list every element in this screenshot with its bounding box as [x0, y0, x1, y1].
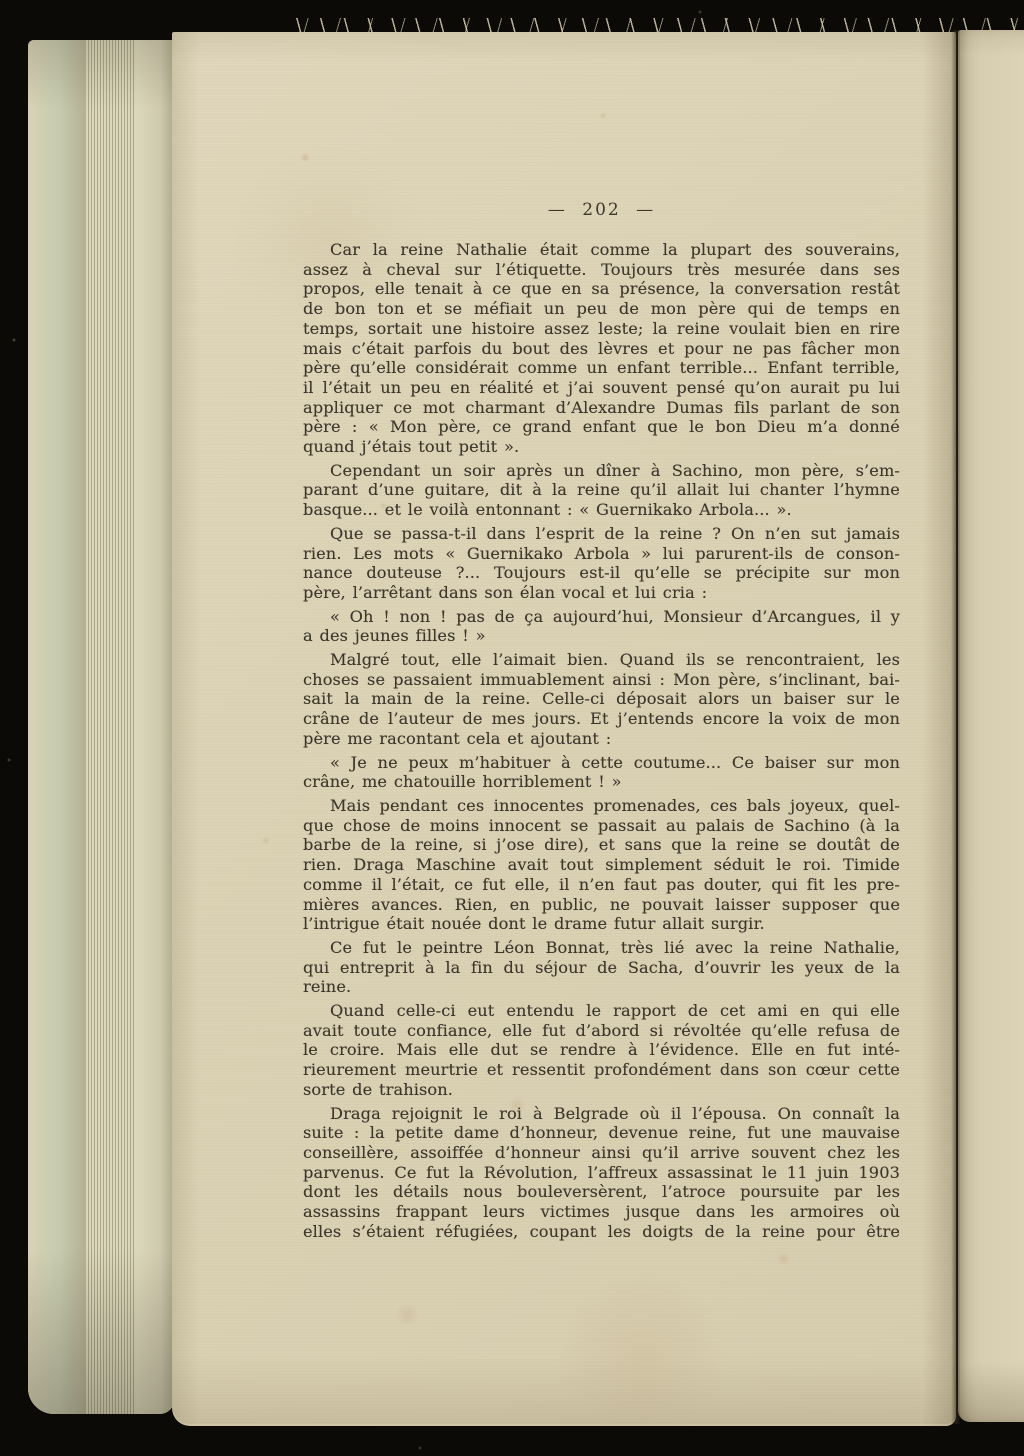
text-line: père me racontant cela et ajoutant :: [303, 729, 900, 749]
text-line: crâne de l’auteur de mes jours. Et j’ent…: [303, 709, 900, 729]
text-line: l’intrigue était nouée dont le drame fut…: [303, 914, 900, 934]
paragraph: Cependant un soir après un dîner à Sachi…: [303, 461, 900, 520]
paragraph: Ce fut le peintre Léon Bonnat, très lié …: [303, 938, 900, 997]
text-line: appliquer ce mot charmant d’Alexandre Du…: [303, 398, 900, 418]
text-line: « Je ne peux m’habituer à cette coutume.…: [303, 753, 900, 773]
paragraph: Quand celle-ci eut entendu le rapport de…: [303, 1001, 900, 1100]
text-line: Mais pendant ces innocentes promenades, …: [303, 796, 900, 816]
book-page-left: — 202 — Car la reine Nathalie était comm…: [172, 32, 956, 1426]
paragraph: « Oh ! non ! pas de ça aujourd’hui, Mons…: [303, 607, 900, 646]
text-line: crâne, me chatouille horriblement ! »: [303, 772, 900, 792]
paragraph: Mais pendant ces innocentes promenades, …: [303, 796, 900, 934]
text-line: dont les détails nous bouleversèrent, l’…: [303, 1182, 900, 1202]
text-line: père : « Mon père, ce grand enfant que l…: [303, 417, 900, 437]
gutter-shadow: [951, 30, 960, 1424]
text-line: rien. Draga Maschine avait tout simpleme…: [303, 855, 900, 875]
text-line: que chose de moins innocent se passait a…: [303, 816, 900, 836]
text-line: il l’était un peu en réalité et j’ai sou…: [303, 378, 900, 398]
text-block: Car la reine Nathalie était comme la plu…: [303, 240, 900, 1241]
text-line: le croire. Mais elle dut se rendre à l’é…: [303, 1040, 900, 1060]
text-line: conseillère, assoiffée d’honneur ainsi q…: [303, 1143, 900, 1163]
text-line: sorte de trahison.: [303, 1080, 900, 1100]
text-line: Malgré tout, elle l’aimait bien. Quand i…: [303, 650, 900, 670]
text-line: père qu’elle considérait comme un enfant…: [303, 358, 900, 378]
text-line: parvenus. Ce fut la Révolution, l’affreu…: [303, 1163, 900, 1183]
paragraph: Car la reine Nathalie était comme la plu…: [303, 240, 900, 457]
text-line: propos, elle tenait à ce que en sa prése…: [303, 279, 900, 299]
text-line: nance douteuse ?... Toujours est-il qu’e…: [303, 563, 900, 583]
text-line: suite : la petite dame d’honneur, devenu…: [303, 1123, 900, 1143]
paragraph: Malgré tout, elle l’aimait bien. Quand i…: [303, 650, 900, 749]
text-line: temps, sortait une histoire assez leste;…: [303, 319, 900, 339]
text-line: Car la reine Nathalie était comme la plu…: [303, 240, 900, 260]
text-line: reine.: [303, 977, 900, 997]
text-line: parant d’une guitare, dit à la reine qu’…: [303, 480, 900, 500]
text-line: rieurement meurtrie et ressentit profond…: [303, 1060, 900, 1080]
text-line: assassins frappant leurs victimes jusque…: [303, 1202, 900, 1222]
text-line: « Oh ! non ! pas de ça aujourd’hui, Mons…: [303, 607, 900, 627]
text-line: qui entreprit à la fin du séjour de Sach…: [303, 958, 900, 978]
page-edges-stack: [28, 40, 174, 1414]
scanned-book-spread: — 202 — Car la reine Nathalie était comm…: [0, 0, 1024, 1456]
text-line: basque... et le voilà entonnant : « Guer…: [303, 500, 900, 520]
text-line: père, l’arrêtant dans son élan vocal et …: [303, 583, 900, 603]
text-line: a des jeunes filles ! »: [303, 626, 900, 646]
text-line: quand j’étais tout petit ».: [303, 437, 900, 457]
text-line: Quand celle-ci eut entendu le rapport de…: [303, 1001, 900, 1021]
page-edge-shading: [28, 40, 174, 1414]
text-line: Cependant un soir après un dîner à Sachi…: [303, 461, 900, 481]
paragraph: Draga rejoignit le roi à Belgrade où il …: [303, 1104, 900, 1242]
page-content: — 202 — Car la reine Nathalie était comm…: [303, 200, 900, 1241]
text-line: barbe de la reine, si j’ose dire), et sa…: [303, 835, 900, 855]
text-line: Draga rejoignit le roi à Belgrade où il …: [303, 1104, 900, 1124]
text-line: Que se passa-t-il dans l’esprit de la re…: [303, 524, 900, 544]
text-line: sait la main de la reine. Celle-ci dépos…: [303, 689, 900, 709]
page-number: — 202 —: [303, 200, 900, 220]
text-line: Ce fut le peintre Léon Bonnat, très lié …: [303, 938, 900, 958]
paragraph: « Je ne peux m’habituer à cette coutume.…: [303, 753, 900, 792]
text-line: comme il l’était, ce fut elle, il n’en f…: [303, 875, 900, 895]
text-line: mais c’était parfois du bout des lèvres …: [303, 339, 900, 359]
text-line: assez à cheval sur l’étiquette. Toujours…: [303, 260, 900, 280]
text-line: de bon ton et se méfiait un peu de mon p…: [303, 299, 900, 319]
book-page-right-sliver: [958, 30, 1024, 1422]
text-line: choses se passaient immuablement ainsi :…: [303, 670, 900, 690]
text-line: avait toute confiance, elle fut d’abord …: [303, 1021, 900, 1041]
text-line: rien. Les mots « Guernikako Arbola » lui…: [303, 544, 900, 564]
text-line: mières avances. Rien, en public, ne pouv…: [303, 895, 900, 915]
paragraph: Que se passa-t-il dans l’esprit de la re…: [303, 524, 900, 603]
text-line: elles s’étaient réfugiées, coupant les d…: [303, 1222, 900, 1242]
